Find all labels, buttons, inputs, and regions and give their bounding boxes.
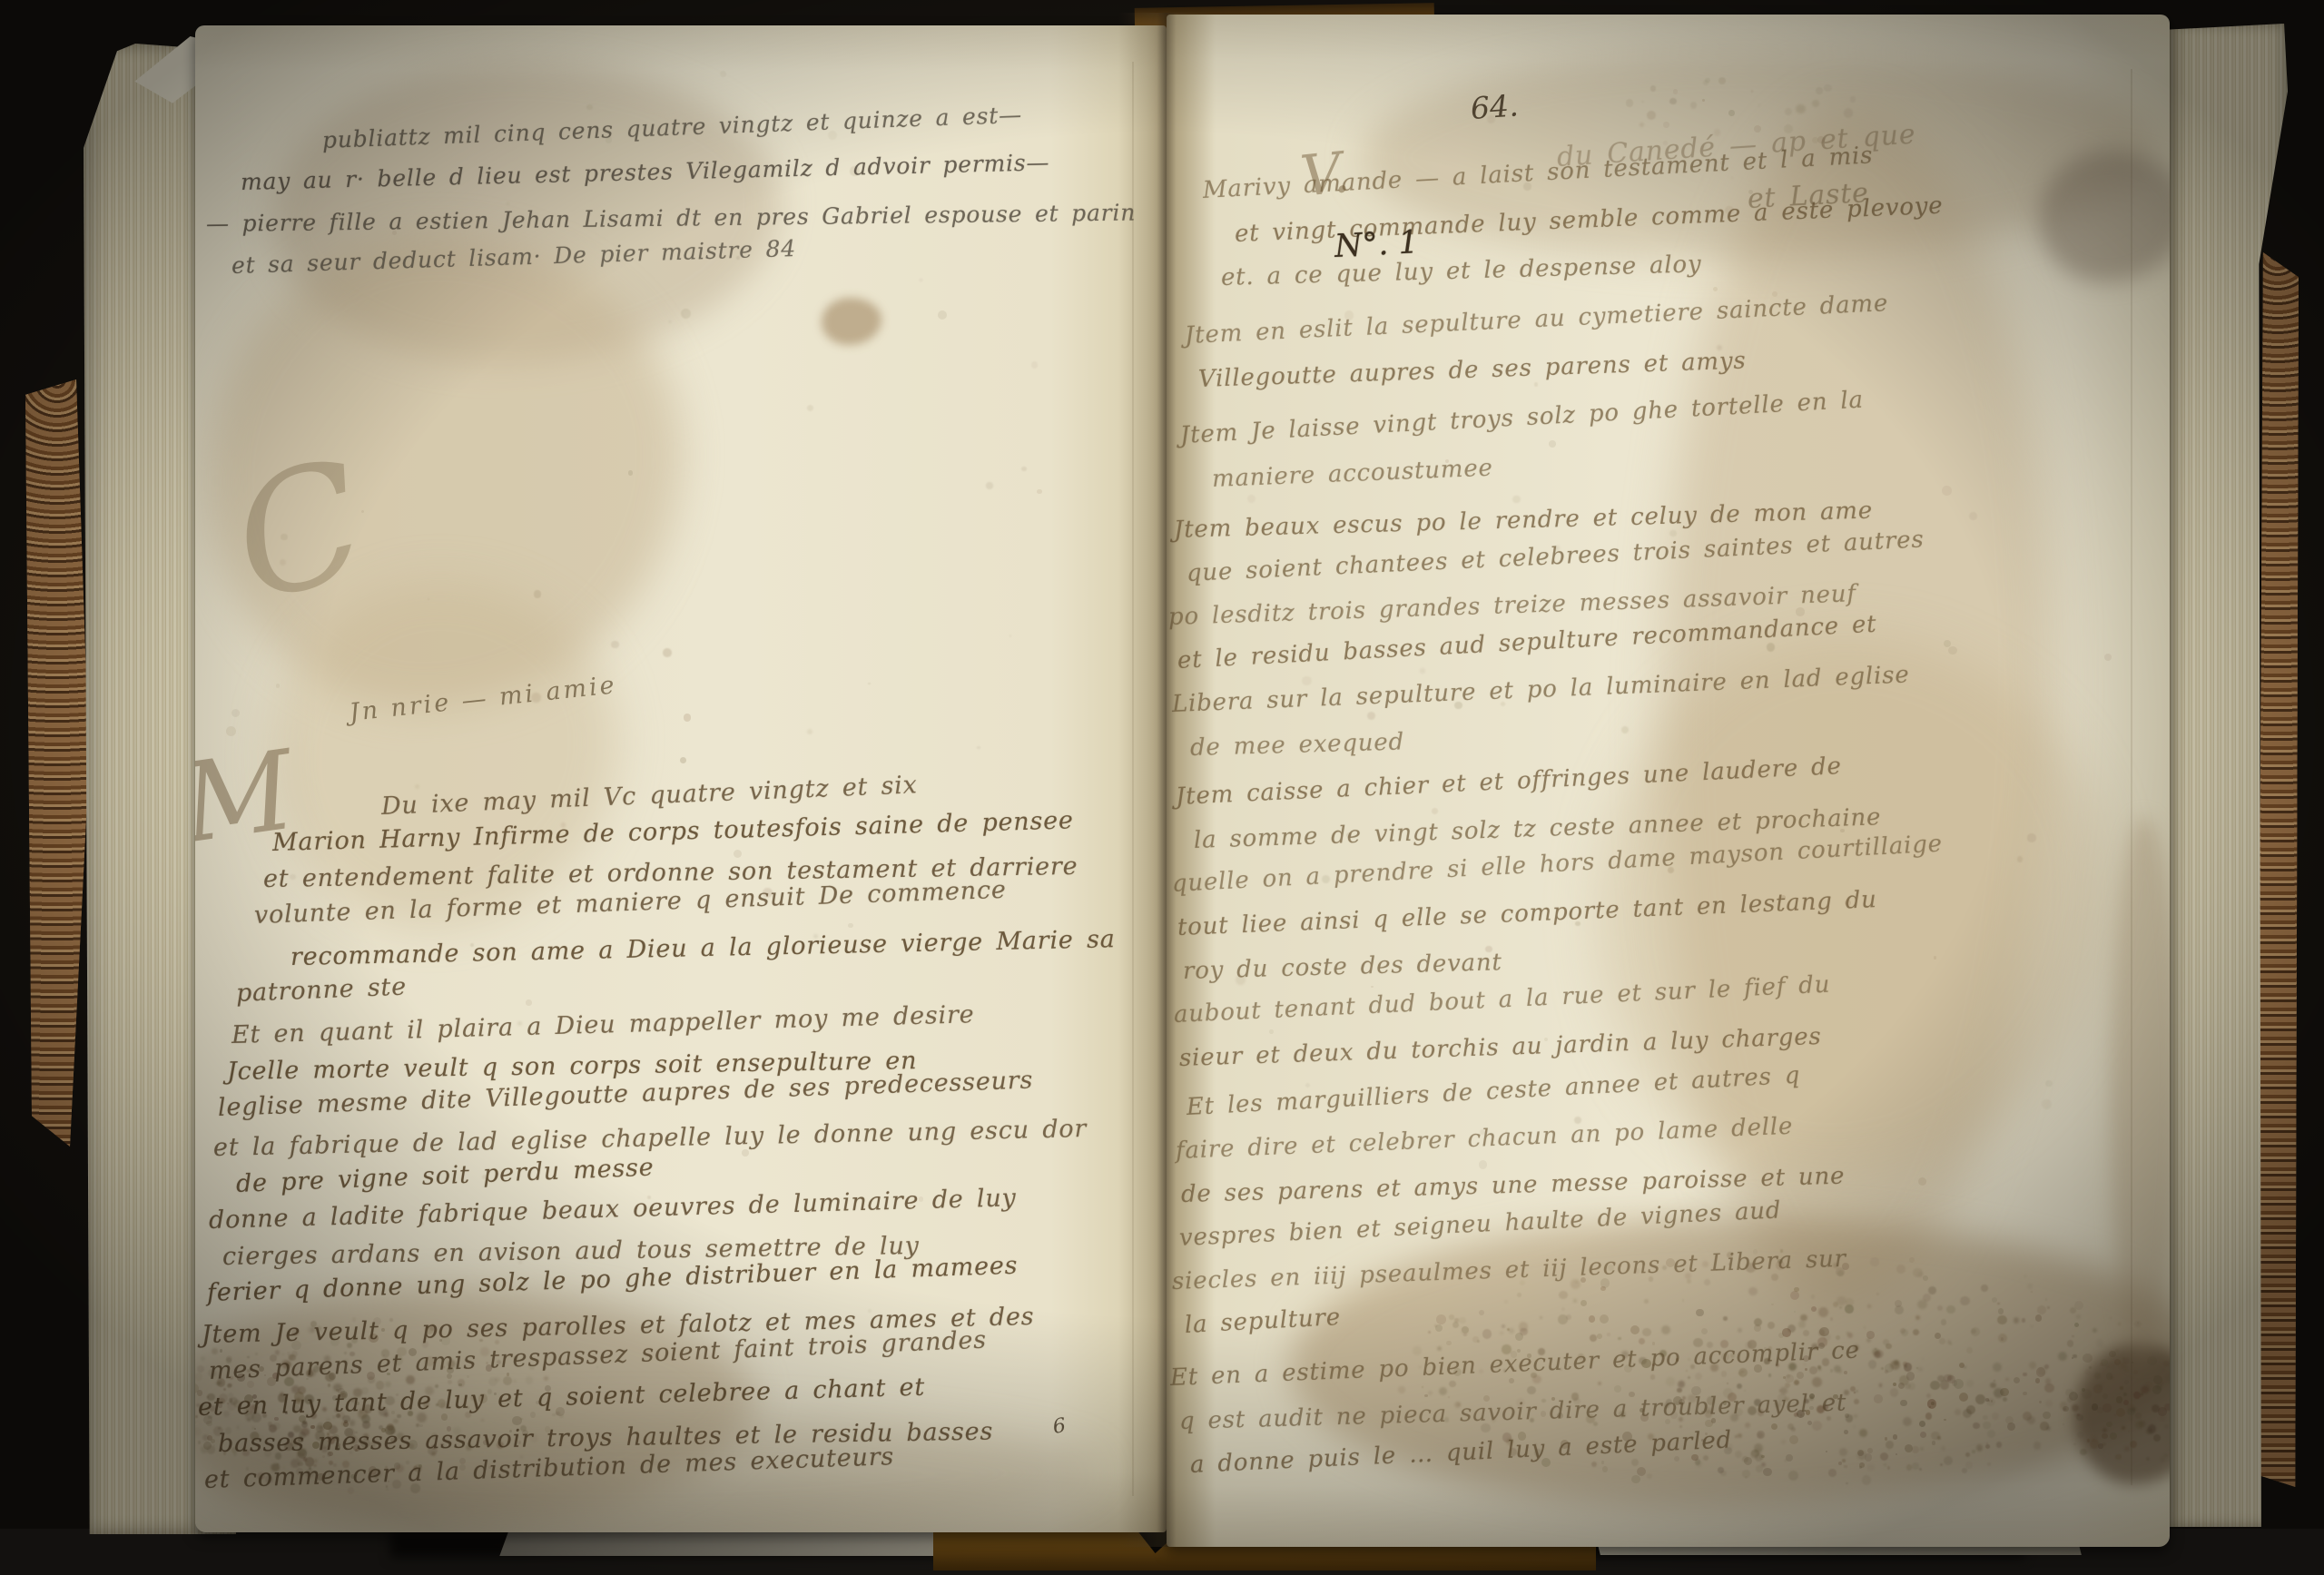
foxing-speck xyxy=(1818,1367,1822,1371)
foxing-speck xyxy=(1781,1440,1786,1444)
foxing-speck xyxy=(2001,1337,2004,1340)
right-page: 64. du Canedé — ap et queet Laste N°. 1 … xyxy=(1167,15,2170,1547)
foxing-speck xyxy=(2036,1367,2046,1377)
foxing-speck xyxy=(1527,1386,1536,1395)
foxing-speck xyxy=(1890,1388,1899,1397)
foxing-speck xyxy=(1461,1326,1470,1335)
foxing-speck xyxy=(1600,1286,1605,1291)
foxing-speck xyxy=(2123,1393,2127,1396)
foxing-speck xyxy=(977,746,980,749)
foxing-speck xyxy=(302,1421,307,1425)
foxing-speck xyxy=(1909,1257,1915,1263)
foxing-speck xyxy=(198,1441,202,1444)
foxing-speck xyxy=(1816,87,1823,94)
foxing-speck xyxy=(328,1383,330,1386)
foxing-speck xyxy=(1966,1380,1974,1387)
foxing-speck xyxy=(1679,1425,1682,1428)
foxing-speck xyxy=(1534,382,1538,386)
foxing-speck xyxy=(742,1149,749,1157)
foxing-speck xyxy=(1630,1325,1640,1334)
foxing-speck xyxy=(1923,1294,1931,1302)
foxing-speck xyxy=(1688,1376,1690,1379)
foxing-speck xyxy=(1893,1434,1898,1440)
foxing-speck xyxy=(1824,84,1831,92)
foxing-speck xyxy=(1459,1317,1466,1324)
foxing-speck xyxy=(1500,1332,1502,1334)
foxing-speck xyxy=(1994,1380,1995,1382)
foxing-speck xyxy=(1791,1427,1796,1432)
foxing-speck xyxy=(2164,1424,2169,1429)
foxing-speck xyxy=(467,1375,469,1378)
foxing-speck xyxy=(1811,1294,1815,1298)
foxing-speck xyxy=(1517,1293,1522,1298)
left-page-mark: 6 xyxy=(1051,1414,1067,1439)
manuscript-line: Et en a estime po bien executer et po ac… xyxy=(1169,1336,1860,1391)
foxing-speck xyxy=(1695,1373,1702,1380)
foxing-speck xyxy=(195,1422,196,1423)
foxing-speck xyxy=(1696,1309,1703,1316)
foxing-speck xyxy=(1786,1454,1793,1462)
foxing-speck xyxy=(1745,1422,1750,1428)
foxing-speck xyxy=(1833,1302,1838,1307)
foxing-speck xyxy=(207,1445,215,1453)
foxing-speck xyxy=(1367,712,1375,720)
foxing-speck xyxy=(1867,1448,1873,1453)
foxing-speck xyxy=(920,279,922,281)
foxing-speck xyxy=(2097,1407,2103,1413)
foxing-speck xyxy=(1923,1275,1928,1281)
foxing-speck xyxy=(552,1413,556,1417)
foxing-speck xyxy=(1918,1177,1926,1186)
foxing-speck xyxy=(2044,1383,2054,1393)
foxing-speck xyxy=(1944,1419,1945,1421)
foxing-speck xyxy=(1912,1446,1919,1453)
foxing-speck xyxy=(1818,1307,1828,1317)
foxing-speck xyxy=(2058,1352,2067,1361)
foxing-speck xyxy=(1867,1304,1871,1308)
foxing-speck xyxy=(1941,1446,1945,1451)
foxing-speck xyxy=(1428,1331,1431,1334)
foxing-speck xyxy=(1702,99,1706,103)
foxing-speck xyxy=(2118,1323,2121,1325)
foxing-speck xyxy=(1482,1329,1492,1338)
foxing-speck xyxy=(2072,1404,2079,1412)
foxing-speck xyxy=(1940,1463,1943,1466)
foxing-speck xyxy=(1371,986,1374,989)
foxing-speck xyxy=(1934,956,1936,959)
foxing-speck xyxy=(1919,1468,1923,1472)
foxing-speck xyxy=(2077,1432,2083,1438)
foxing-speck xyxy=(2023,1392,2026,1395)
foxing-speck xyxy=(2045,1298,2047,1300)
foxing-speck xyxy=(848,923,853,929)
foxing-speck xyxy=(1785,1383,1790,1388)
foxing-speck xyxy=(1631,1475,1640,1483)
foxing-speck xyxy=(2005,1416,2014,1424)
foxing-speck xyxy=(1631,1459,1639,1466)
foxing-speck xyxy=(2110,1317,2112,1319)
foxing-speck xyxy=(1788,1471,1798,1481)
foxing-speck xyxy=(2122,1426,2125,1430)
manuscript-photo: publiattz mil cinq cens quatre vingtz et… xyxy=(0,0,2324,1575)
foxing-speck xyxy=(2017,856,2024,862)
foxing-speck xyxy=(197,1365,204,1373)
foxing-speck xyxy=(1975,1394,1985,1404)
foxing-speck xyxy=(1811,1306,1817,1312)
foxing-speck xyxy=(1926,1393,1931,1398)
foxing-speck xyxy=(1870,1257,1878,1265)
foxing-speck xyxy=(1973,1422,1979,1429)
foxing-speck xyxy=(1479,1310,1485,1316)
foxing-speck xyxy=(1854,1414,1857,1418)
foxing-speck xyxy=(448,1380,452,1384)
foxing-speck xyxy=(1754,1318,1762,1326)
manuscript-line: publiattz mil cinq cens quatre vingtz et… xyxy=(321,102,1022,153)
foxing-speck xyxy=(415,784,419,789)
folio-number: 64. xyxy=(1470,87,1520,126)
foxing-speck xyxy=(2102,1403,2111,1412)
foxing-speck xyxy=(1600,1314,1609,1324)
foxing-speck xyxy=(1420,668,1425,674)
foxing-speck xyxy=(1959,1363,1965,1368)
foxing-speck xyxy=(1876,1293,1879,1295)
foxing-speck xyxy=(1898,1383,1905,1389)
foxing-speck xyxy=(1885,1437,1887,1440)
foxing-speck xyxy=(2031,1325,2033,1327)
foxing-speck xyxy=(1439,1387,1447,1395)
foxing-speck xyxy=(1621,726,1629,733)
foxing-speck xyxy=(1428,1391,1433,1395)
foxing-speck xyxy=(534,590,542,598)
foxing-speck xyxy=(1986,1398,1994,1406)
foxing-speck xyxy=(1639,1338,1645,1344)
foxing-speck xyxy=(1885,1370,1888,1373)
foxing-speck xyxy=(223,1388,226,1391)
foxing-speck xyxy=(1448,1396,1451,1399)
foxing-speck xyxy=(1789,1435,1798,1444)
foxing-speck xyxy=(1893,1383,1896,1386)
foxing-speck xyxy=(495,1377,500,1383)
foxing-speck xyxy=(1996,1442,2002,1447)
foxing-speck xyxy=(2031,1291,2033,1293)
foxing-speck xyxy=(1981,1285,1988,1292)
foxing-speck xyxy=(207,1435,212,1441)
foxing-speck xyxy=(520,1418,523,1421)
foxing-speck xyxy=(1436,1314,1446,1324)
manuscript-line: q est audit ne pieca savoir dire a troub… xyxy=(1179,1389,1847,1435)
foxing-speck xyxy=(559,1414,563,1418)
manuscript-line: Jtem caisse a chier et et offringes une … xyxy=(1175,753,1842,811)
foxing-speck xyxy=(503,1376,512,1385)
foxing-speck xyxy=(1992,1297,1997,1303)
foxing-speck xyxy=(2146,1457,2149,1460)
foxing-speck xyxy=(1591,1462,1597,1467)
foxing-speck xyxy=(681,309,691,319)
foxing-speck xyxy=(1744,1457,1752,1465)
foxing-speck xyxy=(1502,1324,1505,1328)
foxing-speck xyxy=(1669,98,1676,104)
foxing-speck xyxy=(1990,1383,1996,1389)
foxing-speck xyxy=(2037,1305,2046,1314)
foxing-speck xyxy=(1771,1423,1777,1430)
foxing-speck xyxy=(1874,1394,1882,1403)
manuscript-line: Libera sur la sepulture et po la luminai… xyxy=(1171,661,1910,718)
foxing-speck xyxy=(1930,1381,1940,1391)
foxing-speck xyxy=(1728,110,1734,115)
foxing-speck xyxy=(2084,1369,2091,1375)
foxing-speck xyxy=(1834,1365,1841,1373)
manuscript-line: Et les marguilliers de ceste annee et au… xyxy=(1186,1062,1801,1121)
foxing-speck xyxy=(507,202,509,205)
foxing-speck xyxy=(1512,496,1521,504)
foxing-speck xyxy=(1424,1394,1428,1398)
foxing-speck xyxy=(1895,1305,1904,1314)
manuscript-line: siecles en iiij pseaulmes et iij lecons … xyxy=(1171,1245,1846,1295)
foxing-speck xyxy=(1939,1338,1945,1344)
foxing-speck xyxy=(1838,1462,1842,1465)
foxing-speck xyxy=(807,729,812,734)
foxing-speck xyxy=(1794,1311,1796,1313)
foxing-speck xyxy=(2132,1407,2136,1412)
foxing-speck xyxy=(2102,1393,2108,1399)
foxing-speck xyxy=(1479,1160,1488,1169)
foxing-speck xyxy=(1454,1318,1459,1323)
foxing-speck xyxy=(1920,1447,1924,1451)
foxing-speck xyxy=(1920,1432,1926,1438)
foxing-speck xyxy=(195,1373,202,1382)
margin-note-number: N°. 1 xyxy=(1334,224,1420,265)
foxing-speck xyxy=(1879,1383,1883,1387)
foxing-speck xyxy=(1839,1448,1847,1456)
foxing-speck xyxy=(268,1422,273,1427)
foxing-speck xyxy=(1903,1417,1912,1426)
foxing-speck xyxy=(684,714,692,722)
foxing-speck xyxy=(1983,1415,1988,1421)
foxing-speck xyxy=(680,757,686,763)
foxing-speck xyxy=(1875,1350,1883,1358)
foxing-speck xyxy=(1758,104,1760,106)
foxing-speck xyxy=(1913,1329,1919,1335)
foxing-speck xyxy=(1641,101,1643,103)
foxing-speck xyxy=(1650,1374,1656,1380)
foxing-speck xyxy=(2003,1397,2007,1402)
foxing-speck xyxy=(1839,1306,1842,1309)
foxing-speck xyxy=(1983,1422,1991,1430)
foxing-speck xyxy=(2043,1412,2051,1420)
foxing-speck xyxy=(1854,1399,1860,1405)
foxing-speck xyxy=(350,1420,356,1426)
foxing-speck xyxy=(1985,1444,1990,1449)
foxing-speck xyxy=(1884,1463,1886,1466)
foxing-speck xyxy=(1971,1327,1980,1336)
foxing-speck xyxy=(1021,467,1026,471)
foxing-speck xyxy=(1997,1315,2007,1325)
foxing-speck xyxy=(1597,1334,1602,1339)
foxing-speck xyxy=(2164,1374,2170,1383)
foxing-speck xyxy=(1540,1316,1542,1319)
foxing-speck xyxy=(1663,122,1669,127)
foxing-speck xyxy=(1504,1300,1508,1304)
foxing-speck xyxy=(1735,1451,1742,1458)
foxing-speck xyxy=(1618,1337,1621,1341)
foxing-speck xyxy=(220,1349,223,1353)
foxing-speck xyxy=(2115,1349,2119,1353)
foxing-speck xyxy=(2045,1400,2053,1407)
foxing-speck xyxy=(986,482,992,488)
manuscript-line: recommande son ame a Dieu a la glorieuse… xyxy=(290,925,1116,971)
foxing-speck xyxy=(1477,1340,1480,1343)
foxing-speck xyxy=(1449,1314,1454,1320)
foxing-speck xyxy=(513,1380,517,1383)
foxing-speck xyxy=(1674,1456,1679,1462)
foxing-speck xyxy=(1844,1465,1847,1469)
foxing-speck xyxy=(1931,1402,1935,1405)
foxing-speck xyxy=(2102,1442,2106,1446)
foxing-speck xyxy=(2080,1449,2086,1455)
foxing-speck xyxy=(1650,85,1656,91)
foxing-speck xyxy=(1398,1386,1405,1393)
foxing-speck xyxy=(1590,1334,1597,1342)
foxing-speck xyxy=(2130,1441,2137,1448)
foxing-speck xyxy=(1812,1377,1822,1387)
foxing-speck xyxy=(1647,111,1656,120)
foxing-speck xyxy=(628,470,634,476)
foxing-speck xyxy=(2074,1323,2079,1327)
foxing-speck xyxy=(1761,1462,1766,1467)
foxing-speck xyxy=(2106,1422,2112,1427)
foxing-speck xyxy=(1602,1466,1608,1472)
manuscript-line: patronne ste xyxy=(235,972,407,1008)
manuscript-line: a donne puis le … quil luy a este parled xyxy=(1189,1426,1732,1479)
foxing-speck xyxy=(1993,1363,2002,1372)
manuscript-line: faire dire et celebrer chacun an po lame… xyxy=(1175,1113,1793,1165)
foxing-speck xyxy=(1862,1475,1872,1485)
manuscript-line: Jtem en eslit la sepulture au cymetiere … xyxy=(1184,290,1888,349)
foxing-speck xyxy=(1704,1279,1709,1285)
foxing-speck xyxy=(2116,1408,2125,1417)
foxing-speck xyxy=(1850,96,1856,103)
foxing-speck xyxy=(2135,1421,2144,1430)
foxing-speck xyxy=(2133,1392,2141,1399)
foxing-speck xyxy=(326,1418,330,1422)
foxing-speck xyxy=(1963,1409,1972,1418)
foxing-speck xyxy=(720,71,726,77)
foxing-speck xyxy=(2128,1415,2133,1421)
foxing-speck xyxy=(2072,1335,2074,1338)
foxing-speck xyxy=(1798,1321,1806,1328)
foxing-speck xyxy=(2035,1378,2041,1383)
foxing-speck xyxy=(530,1412,536,1417)
foxing-speck xyxy=(2124,1446,2130,1452)
foxing-speck xyxy=(1738,1433,1742,1438)
foxing-speck xyxy=(2102,1433,2107,1439)
foxing-speck xyxy=(1987,1462,1991,1466)
foxing-speck xyxy=(1866,1331,1875,1339)
foxing-speck xyxy=(2115,1454,2121,1460)
foxing-speck xyxy=(2124,1368,2128,1372)
foxing-speck xyxy=(1866,1338,1871,1343)
foxing-speck xyxy=(2120,1386,2123,1390)
foxing-speck xyxy=(938,310,947,320)
foxing-speck xyxy=(2163,1361,2170,1367)
foxing-speck xyxy=(1895,1300,1902,1307)
left-page: publiattz mil cinq cens quatre vingtz et… xyxy=(195,25,1167,1532)
foxing-speck xyxy=(2072,1357,2073,1359)
foxing-speck xyxy=(1941,1319,1947,1325)
foxing-speck xyxy=(1673,89,1678,94)
foxing-speck xyxy=(1432,808,1438,814)
foxing-speck xyxy=(1859,1466,1862,1469)
foxing-speck xyxy=(2128,1431,2130,1432)
foxing-speck xyxy=(2106,1373,2112,1379)
foxing-speck xyxy=(1845,1304,1854,1314)
foxing-speck xyxy=(303,1457,307,1461)
foxing-speck xyxy=(1558,1314,1568,1324)
foxing-speck xyxy=(1723,1316,1728,1321)
foxing-speck xyxy=(1932,1441,1936,1445)
foxing-speck xyxy=(2047,1306,2050,1309)
foxing-speck xyxy=(1796,104,1805,113)
foxing-speck xyxy=(1948,646,1956,655)
foxing-speck xyxy=(1607,1333,1610,1336)
foxing-speck xyxy=(1812,100,1819,107)
flourish-initial-c: C xyxy=(216,425,383,639)
foxing-speck xyxy=(1830,1369,1834,1373)
foxing-speck xyxy=(1737,1383,1742,1389)
manuscript-line: Et en quant il plaira a Dieu mappeller m… xyxy=(231,1000,975,1049)
foxing-speck xyxy=(1826,1451,1827,1452)
foxing-speck xyxy=(1269,1029,1274,1034)
foxing-speck xyxy=(1846,1482,1848,1485)
foxing-speck xyxy=(1925,1413,1933,1420)
foxing-speck xyxy=(1767,643,1776,652)
foxing-speck xyxy=(237,1426,240,1429)
foxing-speck xyxy=(2160,1415,2165,1421)
foxing-speck xyxy=(2033,1442,2042,1450)
foxing-speck xyxy=(1818,1329,1825,1335)
foxing-speck xyxy=(1452,1322,1459,1328)
foxing-speck xyxy=(2124,1380,2129,1384)
foxing-speck xyxy=(2147,1356,2157,1366)
foxing-speck xyxy=(2024,1275,2026,1277)
foxing-speck xyxy=(2014,1377,2020,1383)
foxing-speck xyxy=(2065,1389,2073,1396)
foxing-speck xyxy=(1727,1383,1728,1384)
foxing-speck xyxy=(1718,77,1726,84)
foxing-speck xyxy=(1844,1430,1848,1434)
manuscript-line: maniere accoustumee xyxy=(1211,455,1493,493)
foxing-speck xyxy=(1778,1333,1784,1338)
foxing-speck xyxy=(2039,1401,2041,1403)
foxing-speck xyxy=(1803,1330,1809,1336)
foxing-speck xyxy=(2096,1339,2104,1347)
foxing-speck xyxy=(1718,1467,1724,1473)
foxing-speck xyxy=(1994,1388,2004,1398)
foxing-speck xyxy=(2133,1370,2139,1375)
foxing-speck xyxy=(1944,1456,1953,1465)
foxing-speck xyxy=(2027,833,2036,842)
foxing-speck xyxy=(1947,1340,1951,1344)
foxing-speck xyxy=(2063,1423,2064,1425)
foxing-speck xyxy=(807,405,813,411)
foxing-speck xyxy=(1703,1455,1709,1461)
foxing-speck xyxy=(212,1348,218,1354)
foxing-speck xyxy=(1302,676,1312,686)
foxing-speck xyxy=(2029,1362,2036,1369)
foxing-speck xyxy=(2067,1340,2074,1347)
left-section-heading: Jn nrie — mi amie xyxy=(348,671,618,727)
foxing-speck xyxy=(2007,1422,2015,1431)
